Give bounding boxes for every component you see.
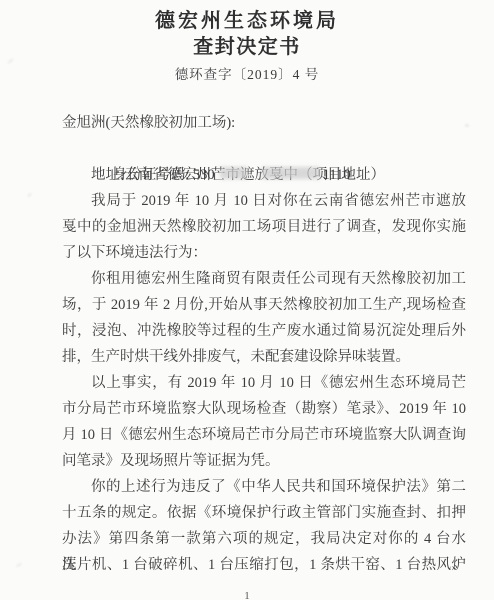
document-number: 德环查字〔2019〕4 号 <box>0 66 494 83</box>
document-body: 我局于 2019 年 10 月 10 日对你在云南省德宏州芒市遮放戛中的金旭洲天… <box>62 188 466 578</box>
document-title-line2: 查封决定书 <box>0 34 494 60</box>
scanned-document-page: 德宏州生态环境局 查封决定书 德环查字〔2019〕4 号 金旭洲(天然橡胶初加工… <box>0 8 494 600</box>
text-line: 压片机、1 台破碎机、1 台压缩打包，1 条烘干窑、1 台热风炉 <box>62 552 466 578</box>
text-line: 你租用德宏州生隆商贸有限责任公司现有天然橡胶初加工 <box>62 266 466 292</box>
id-number-line: 身份证号码: 5301110 <box>62 136 466 162</box>
scan-artifact <box>27 193 32 198</box>
text-line: 十五条的规定。依据《环境保护行政主管部门实施查封、扣押 <box>62 500 466 526</box>
paragraph: 你租用德宏州生隆商贸有限责任公司现有天然橡胶初加工场，于 2019 年 2 月份… <box>62 266 466 370</box>
paragraph: 我局于 2019 年 10 月 10 日对你在云南省德宏州芒市遮放戛中的金旭洲天… <box>62 188 466 266</box>
text-line: 问笔录》及现场照片等证据为凭。 <box>62 448 466 474</box>
text-line: 月 10 日《德宏州生态环境局芒市分局芒市环境监察大队调查询 <box>62 422 466 448</box>
paragraph: 以上事实，有 2019 年 10 月 10 日《德宏州生态环境局芒市分局芒市环境… <box>62 370 466 474</box>
document-title-line1: 德宏州生态环境局 <box>0 8 494 34</box>
scan-artifact <box>465 124 469 127</box>
page-number: 1 <box>0 590 494 600</box>
text-line: 我局于 2019 年 10 月 10 日对你在云南省德宏州芒市遮放 <box>62 188 466 214</box>
text-line: 你的上述行为违反了《中华人民共和国环境保护法》第二 <box>62 474 466 500</box>
text-line: 市分局芒市环境监察大队现场检查（勘察）笔录》、2019 年 10 <box>62 396 466 422</box>
document-content: 金旭洲(天然橡胶初加工场): 身份证号码: 5301110 地址:云南省德宏州芒… <box>62 110 466 578</box>
redacted-id-block-1 <box>220 167 248 179</box>
text-line: 排，生产时烘干线外排废气，未配套建设除异味装置。 <box>62 344 466 370</box>
redacted-id-block-2 <box>262 167 320 179</box>
text-line: 时，浸泡、冲洗橡胶等过程的生产废水通过简易沉淀处理后外 <box>62 318 466 344</box>
text-line: 戛中的金旭洲天然橡胶初加工场项目进行了调查，发现你实施 <box>62 214 466 240</box>
text-line: 了以下环境违法行为： <box>62 240 466 266</box>
text-line: 以上事实，有 2019 年 10 月 10 日《德宏州生态环境局芒 <box>62 370 466 396</box>
addressee-line: 金旭洲(天然橡胶初加工场): <box>62 110 466 136</box>
paragraph: 你的上述行为违反了《中华人民共和国环境保护法》第二十五条的规定。依据《环境保护行… <box>62 474 466 578</box>
scan-artifact <box>16 563 22 568</box>
text-line: 办法》第四条第一款第六项的规定，我局决定对你的 4 台水洗、 <box>62 526 466 552</box>
text-line: 场，于 2019 年 2 月份,开始从事天然橡胶初加工生产,现场检查 <box>62 292 466 318</box>
